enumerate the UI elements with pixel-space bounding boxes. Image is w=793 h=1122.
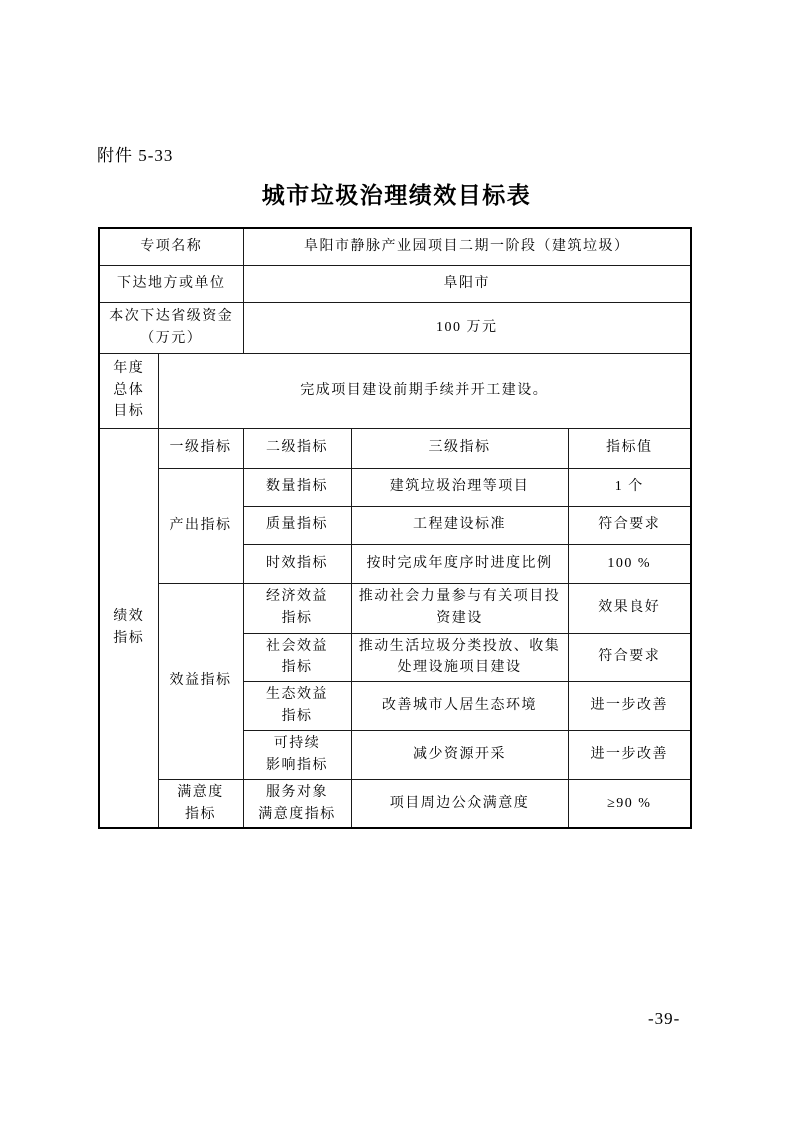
header-level1: 一级指标 bbox=[158, 428, 243, 468]
benefit-level1: 效益指标 bbox=[158, 583, 243, 779]
output-quantity-value: 1 个 bbox=[568, 468, 691, 506]
benefit-ecological-value: 进一步改善 bbox=[568, 681, 691, 730]
row-satisfaction: 满意度 指标 服务对象 满意度指标 项目周边公众满意度 ≥90 % bbox=[99, 779, 691, 828]
row-indicator-headers: 绩效 指标 一级指标 二级指标 三级指标 指标值 bbox=[99, 428, 691, 468]
benefit-social-level3: 推动生活垃圾分类投放、收集处理设施项目建设 bbox=[351, 633, 568, 681]
benefit-economic-value: 效果良好 bbox=[568, 583, 691, 633]
annual-goal-value: 完成项目建设前期手续并开工建设。 bbox=[158, 353, 691, 428]
row-issued-to: 下达地方或单位 阜阳市 bbox=[99, 265, 691, 302]
output-quality-level2: 质量指标 bbox=[243, 506, 351, 544]
benefit-ecological-level3: 改善城市人居生态环境 bbox=[351, 681, 568, 730]
benefit-sustainability-level2: 可持续 影响指标 bbox=[243, 730, 351, 779]
annual-goal-label: 年度 总体 目标 bbox=[99, 353, 158, 428]
benefit-social-level2: 社会效益 指标 bbox=[243, 633, 351, 681]
row-annual-goal: 年度 总体 目标 完成项目建设前期手续并开工建设。 bbox=[99, 353, 691, 428]
document-page: 附件 5-33 城市垃圾治理绩效目标表 专项名称 阜阳市静脉产业园项目二期一阶段… bbox=[0, 0, 793, 1122]
row-output-quantity: 产出指标 数量指标 建筑垃圾治理等项目 1 个 bbox=[99, 468, 691, 506]
benefit-ecological-level2: 生态效益 指标 bbox=[243, 681, 351, 730]
benefit-economic-level3: 推动社会力量参与有关项目投资建设 bbox=[351, 583, 568, 633]
output-level1: 产出指标 bbox=[158, 468, 243, 583]
provincial-funds-value: 100 万元 bbox=[243, 302, 691, 353]
header-level2: 二级指标 bbox=[243, 428, 351, 468]
benefit-social-value: 符合要求 bbox=[568, 633, 691, 681]
page-number: -39- bbox=[648, 1009, 680, 1029]
row-provincial-funds: 本次下达省级资金 （万元） 100 万元 bbox=[99, 302, 691, 353]
header-value: 指标值 bbox=[568, 428, 691, 468]
page-title: 城市垃圾治理绩效目标表 bbox=[0, 177, 793, 210]
row-special-project-name: 专项名称 阜阳市静脉产业园项目二期一阶段（建筑垃圾） bbox=[99, 228, 691, 265]
special-project-name-label: 专项名称 bbox=[99, 228, 243, 265]
provincial-funds-label: 本次下达省级资金 （万元） bbox=[99, 302, 243, 353]
benefit-sustainability-value: 进一步改善 bbox=[568, 730, 691, 779]
output-quantity-level3: 建筑垃圾治理等项目 bbox=[351, 468, 568, 506]
satisfaction-level3: 项目周边公众满意度 bbox=[351, 779, 568, 828]
output-timeliness-level3: 按时完成年度序时进度比例 bbox=[351, 544, 568, 583]
output-quality-level3: 工程建设标准 bbox=[351, 506, 568, 544]
special-project-name-value: 阜阳市静脉产业园项目二期一阶段（建筑垃圾） bbox=[243, 228, 691, 265]
issued-to-label: 下达地方或单位 bbox=[99, 265, 243, 302]
satisfaction-value: ≥90 % bbox=[568, 779, 691, 828]
output-timeliness-value: 100 % bbox=[568, 544, 691, 583]
satisfaction-level1: 满意度 指标 bbox=[158, 779, 243, 828]
output-timeliness-level2: 时效指标 bbox=[243, 544, 351, 583]
row-benefit-economic: 效益指标 经济效益 指标 推动社会力量参与有关项目投资建设 效果良好 bbox=[99, 583, 691, 633]
benefit-economic-level2: 经济效益 指标 bbox=[243, 583, 351, 633]
output-quantity-level2: 数量指标 bbox=[243, 468, 351, 506]
output-quality-value: 符合要求 bbox=[568, 506, 691, 544]
header-level3: 三级指标 bbox=[351, 428, 568, 468]
issued-to-value: 阜阳市 bbox=[243, 265, 691, 302]
benefit-sustainability-level3: 减少资源开采 bbox=[351, 730, 568, 779]
attachment-number: 附件 5-33 bbox=[97, 141, 173, 166]
performance-target-table: 专项名称 阜阳市静脉产业园项目二期一阶段（建筑垃圾） 下达地方或单位 阜阳市 本… bbox=[98, 227, 692, 829]
satisfaction-level2: 服务对象 满意度指标 bbox=[243, 779, 351, 828]
performance-section-label: 绩效 指标 bbox=[99, 428, 158, 828]
